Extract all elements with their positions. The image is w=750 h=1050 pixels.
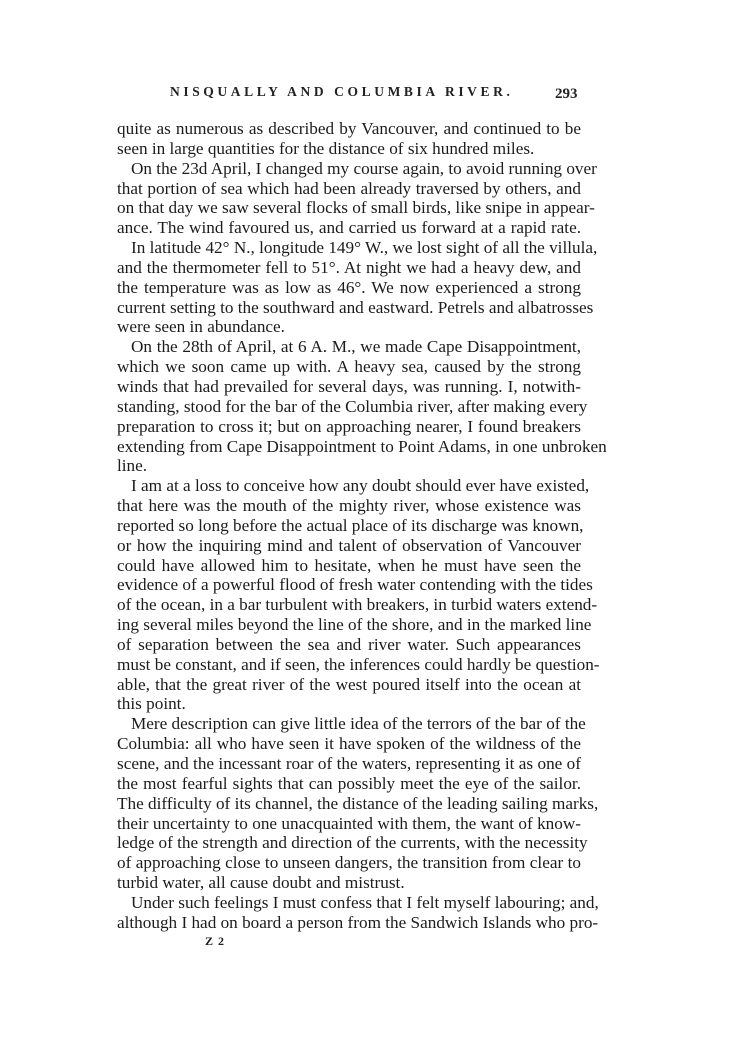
text-line: which we soon came up with. A heavy sea,… xyxy=(117,357,581,377)
text-line: current setting to the southward and eas… xyxy=(117,298,581,318)
paragraph-3: In latitude 42° N., longitude 149° W., w… xyxy=(117,238,581,337)
text-line: standing, stood for the bar of the Colum… xyxy=(117,397,581,417)
text-line: On the 23d April, I changed my course ag… xyxy=(117,159,581,179)
paragraph-4: On the 28th of April, at 6 A. M., we mad… xyxy=(117,337,581,476)
text-line: able, that the great river of the west p… xyxy=(117,675,581,695)
signature-mark: Z 2 xyxy=(205,934,225,949)
paragraph-6: Mere description can give little idea of… xyxy=(117,714,581,893)
text-line: this point. xyxy=(117,694,581,714)
text-line: ance. The wind favoured us, and carried … xyxy=(117,218,581,238)
text-line: line. xyxy=(117,456,581,476)
text-line: extending from Cape Disappointment to Po… xyxy=(117,437,581,457)
text-line: scene, and the incessant roar of the wat… xyxy=(117,754,581,774)
text-line: ledge of the strength and direction of t… xyxy=(117,833,581,853)
book-page: NISQUALLY AND COLUMBIA RIVER. 293 quite … xyxy=(0,0,750,1050)
text-line: of separation between the sea and river … xyxy=(117,635,581,655)
paragraph-1: quite as numerous as described by Vancou… xyxy=(117,119,581,159)
paragraph-2: On the 23d April, I changed my course ag… xyxy=(117,159,581,238)
text-line: In latitude 42° N., longitude 149° W., w… xyxy=(117,238,581,258)
text-line: Columbia: all who have seen it have spok… xyxy=(117,734,581,754)
paragraph-7: Under such feelings I must confess that … xyxy=(117,893,581,933)
text-line: Under such feelings I must confess that … xyxy=(117,893,581,913)
text-line: their uncertainty to one unacquainted wi… xyxy=(117,814,581,834)
text-line: of approaching close to unseen dangers, … xyxy=(117,853,581,873)
text-line: the most fearful sights that can possibl… xyxy=(117,774,581,794)
text-line: preparation to cross it; but on approach… xyxy=(117,417,581,437)
text-line: the temperature was as low as 46°. We no… xyxy=(117,278,581,298)
text-line: of the ocean, in a bar turbulent with br… xyxy=(117,595,581,615)
text-line: reported so long before the actual place… xyxy=(117,516,581,536)
text-line: seen in large quantities for the distanc… xyxy=(117,139,581,159)
body-text: quite as numerous as described by Vancou… xyxy=(117,119,581,933)
text-line: that portion of sea which had been alrea… xyxy=(117,179,581,199)
text-line: winds that had prevailed for several day… xyxy=(117,377,581,397)
text-line: turbid water, all cause doubt and mistru… xyxy=(117,873,581,893)
text-line: or how the inquiring mind and talent of … xyxy=(117,536,581,556)
text-line: On the 28th of April, at 6 A. M., we mad… xyxy=(117,337,581,357)
text-line: I am at a loss to conceive how any doubt… xyxy=(117,476,581,496)
page-number: 293 xyxy=(555,86,578,103)
text-line: could have allowed him to hesitate, when… xyxy=(117,556,581,576)
text-line: evidence of a powerful flood of fresh wa… xyxy=(117,575,581,595)
text-line: that here was the mouth of the mighty ri… xyxy=(117,496,581,516)
paragraph-5: I am at a loss to conceive how any doubt… xyxy=(117,476,581,714)
text-line: Mere description can give little idea of… xyxy=(117,714,581,734)
text-line: must be constant, and if seen, the infer… xyxy=(117,655,581,675)
text-line: were seen in abundance. xyxy=(117,317,581,337)
text-line: The difficulty of its channel, the dista… xyxy=(117,794,581,814)
text-line: ing several miles beyond the line of the… xyxy=(117,615,581,635)
running-head-title: NISQUALLY AND COLUMBIA RIVER. xyxy=(170,84,590,100)
text-line: quite as numerous as described by Vancou… xyxy=(117,119,581,139)
text-line: although I had on board a person from th… xyxy=(117,913,581,933)
text-line: and the thermometer fell to 51°. At nigh… xyxy=(117,258,581,278)
text-line: on that day we saw several flocks of sma… xyxy=(117,198,581,218)
